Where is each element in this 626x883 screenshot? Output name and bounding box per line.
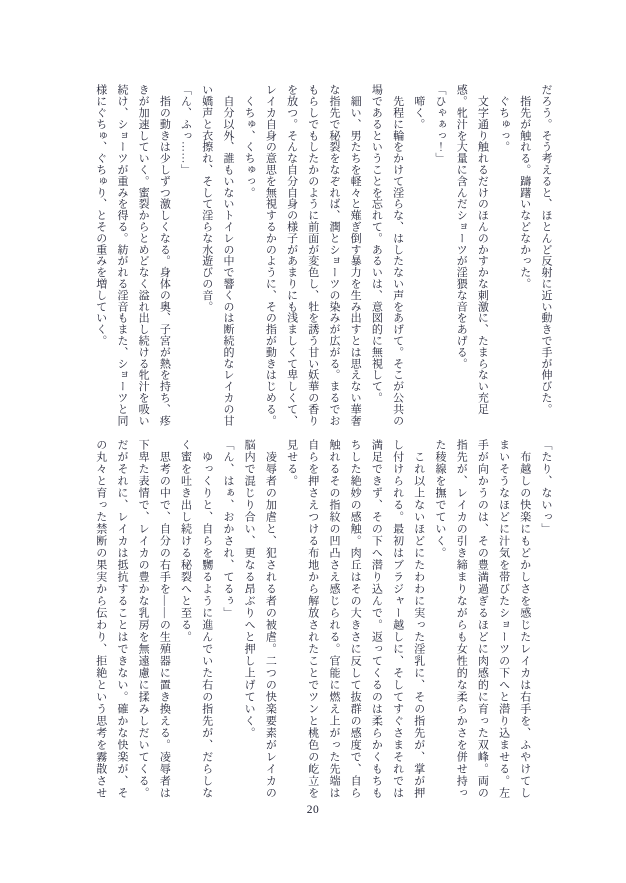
text-line: 指の動きは少しずつ激しくなる。身体の奥、子宮が熱を持ち、疼: [153, 84, 174, 416]
text-line: た稜線を撫でていく。: [429, 439, 450, 803]
text-line: 「ひゃぁっ！」: [429, 84, 450, 416]
text-line: し付けられる。最初はブラジャー越しに、そしてすぐさまそれでは: [386, 439, 407, 803]
text-line: 脳内で混じり合い、更なる昂ぶりへと押し上げていく。: [238, 439, 259, 803]
text-line: 細い、男たちを軽々と薙ぎ倒す暴力を生み出すとは思えない華奢: [344, 84, 365, 416]
text-line: 「たり、ないっ」: [535, 439, 556, 803]
text-line: い嬌声と衣擦れ、そして淫らな水遊びの音。: [196, 84, 217, 416]
text-line: 思考の中で、自分の右手を――の生殖器に置き換える。凌辱者は: [153, 439, 174, 803]
text-line: 文字通り触れるだけのほんのかすかな刺激に、たまらない充足: [471, 84, 492, 416]
text-line: 様にぐちゅ、ぐちゅり、とその重みを増していく。: [90, 84, 111, 416]
text-line: レイカ自身の意思を無視するかのように、その指が動きはじめる。: [259, 84, 280, 416]
text-line: な指先で秘裂をなぞれば、潤とショーツの染みが広がる。まるでお: [323, 84, 344, 416]
text-line: 先程に輪をかけて淫らな、はしたない声をあげて。そこが公共の: [386, 84, 407, 416]
text-line: 続け、ショーツが重みを得る。紡がれる淫音もまた、ショーツと同: [111, 84, 132, 416]
text-line: 見せる。: [280, 439, 301, 803]
text-line: だろう。そう考えると、ほとんど反射に近い動きで手が伸びた。: [535, 84, 556, 416]
text-line: ちした絶妙の感触。肉丘はその大きさに反して抜群の感度で、自ら: [344, 439, 365, 803]
text-line: 「ん、はぁ、おかされ、てるぅ」: [217, 439, 238, 803]
text-line: ぐちゅっ。: [492, 84, 513, 416]
text-line: 布越しの快楽にもどかしさを感じたレイカは右手を、ふやけてし: [514, 439, 535, 803]
text-line: 自分以外、誰もいないトイレの中で響くのは断続的なレイカの甘: [217, 84, 238, 416]
text-line: の丸々と育った禁断の果実から伝わり、拒絶という思考を霧散させ: [90, 439, 111, 803]
text-line: まいそうなほどに汁気を帯びたショーツの下へと潜り込ませる。左: [492, 439, 513, 803]
page-number: 20: [0, 804, 626, 816]
text-line: を放つ。そんな自分自身の様子があまりにも浅ましくて卑しくて、: [280, 84, 301, 416]
text-line: 啼く。: [408, 84, 429, 416]
text-line: 下卑た表情で、レイカの豊かな乳房を無遠慮に揉みしだいてくる。: [132, 439, 153, 803]
text-line: これ以上ないほどにたわわに実った淫乳に、その指先が、掌が押: [408, 439, 429, 803]
text-line: きが加速していく。蜜裂からとめどなく溢れ出し続ける牝汁を吸い: [132, 84, 153, 416]
text-line: 触れるその指紋の凹凸さえ感じられる。官能に燃え上がった先端は: [323, 439, 344, 803]
text-line: く蜜を吐き出し続ける秘裂へと至る。: [174, 439, 195, 803]
text-line: 感。牝汁を大量に含んだショーツが淫猥な音をあげる。: [450, 84, 471, 416]
text-line: もらしでもしたかのように前面が変色し、牡を誘う甘い妖華の香り: [302, 84, 323, 416]
text-line: 手が向かうのは、その豊満過ぎるほどに肉感的に育った双峰。両の: [471, 439, 492, 803]
text-line: ゆっくりと、自らを嬲るように進んでいた右の指先が、だらしな: [196, 439, 217, 803]
text-line: 満足できず、その下へ潜り込んで。返ってくるのは柔らかくもちも: [365, 439, 386, 803]
text-line: 自らを押さえつける布地から解放されたことでツンと桃色の屹立を: [302, 439, 323, 803]
text-line: 凌辱者の加虐と、犯される者の被虐。二つの快楽要素がレイカの: [259, 439, 280, 803]
text-line: 場であるということを忘れて。あるいは、意図的に無視して。: [365, 84, 386, 416]
text-line: くちゅ、くちゅっ。: [238, 84, 259, 416]
text-line: 指先が、レイカの引き締まりながらも女性的な柔らかさを併せ持っ: [450, 439, 471, 803]
text-line: 指先が触れる。躊躇いなどなかった。: [514, 84, 535, 416]
document-page: だろう。そう考えると、ほとんど反射に近い動きで手が伸びた。 指先が触れる。躊躇い…: [0, 0, 626, 883]
vertical-text-block-top: だろう。そう考えると、ほとんど反射に近い動きで手が伸びた。 指先が触れる。躊躇い…: [90, 84, 556, 416]
vertical-text-block-bottom: 「たり、ないっ」 布越しの快楽にもどかしさを感じたレイカは右手を、ふやけてしまい…: [90, 439, 556, 803]
text-line: 「ん、ふっ……」: [174, 84, 195, 416]
text-line: だがそれに、レイカは抵抗することはできない。確かな快楽が、そ: [111, 439, 132, 803]
